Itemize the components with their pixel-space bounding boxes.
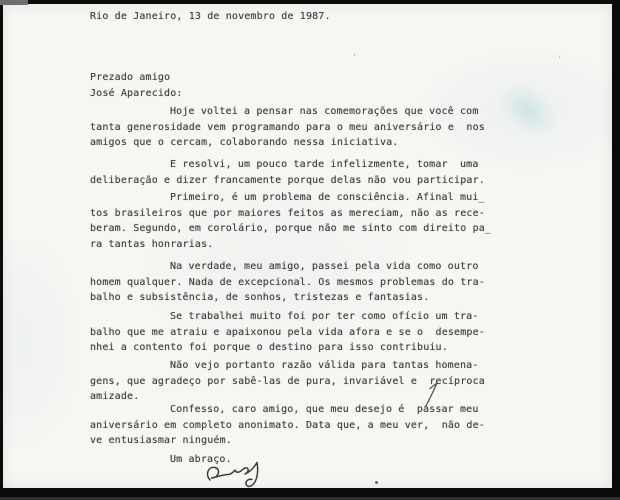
letter-line: Hoje voltei a pensar nas comemorações qu…: [90, 104, 500, 120]
letter-line: balho que me atraiu e apaixonou pela vid…: [90, 325, 500, 341]
handwritten-signature-icon: [200, 461, 274, 493]
letter-line: deliberação e dizer francamente porque d…: [90, 173, 500, 189]
letter-line: nhei a contento foi porque o destino par…: [90, 340, 500, 356]
ink-tick: ': [557, 55, 562, 65]
letter-paragraph: E resolvi, um pouco tarde infelizmente, …: [90, 157, 500, 188]
letter-line: tos brasileiros que por maiores feitos a…: [90, 206, 500, 222]
letter-line: ra tantas honrarias.: [90, 237, 500, 253]
ink-dot: [375, 481, 378, 484]
letter-paragraph: Se trabalhei muito foi por ter como ofíc…: [90, 309, 500, 356]
letter-line: aniversário em completo anonimato. Data …: [90, 418, 500, 434]
pen-arrow-mark-icon: [423, 381, 443, 407]
letter-line: Na verdade, meu amigo, passei pela vida …: [90, 259, 500, 275]
letter-line: Não vejo portanto razão válida para tant…: [90, 358, 500, 374]
letter-line: Se trabalhei muito foi por ter como ofíc…: [90, 309, 500, 325]
letter-line: homem qualquer. Nada de excepcional. Os …: [90, 275, 500, 291]
ink-tick: ': [352, 53, 357, 63]
letter-paragraph: Primeiro, é um problema de consciência. …: [90, 190, 500, 252]
letter-body: Rio de Janeiro, 13 de novembro de 1987. …: [0, 0, 620, 500]
letter-line: E resolvi, um pouco tarde infelizmente, …: [90, 157, 500, 173]
letter-greeting: Prezado amigo José Aparecido:: [90, 70, 183, 102]
letter-paragraph: Confesso, caro amigo, que meu desejo é p…: [90, 402, 500, 449]
letter-date: Rio de Janeiro, 13 de novembro de 1987.: [90, 9, 331, 25]
letter-paragraph: Hoje voltei a pensar nas comemorações qu…: [90, 104, 500, 151]
letter-line: tanta generosidade vem programando para …: [90, 120, 500, 136]
letter-line: Primeiro, é um problema de consciência. …: [90, 190, 500, 206]
greeting-line: José Aparecido:: [90, 86, 183, 102]
letter-line: balho e subsistência, de sonhos, tristez…: [90, 290, 500, 306]
letter-paragraph: Na verdade, meu amigo, passei pela vida …: [90, 259, 500, 306]
letter-line: beram. Segundo, em corolário, porque não…: [90, 221, 500, 237]
letter-line: amigos que o cercam, colaborando nessa i…: [90, 135, 500, 151]
greeting-line: Prezado amigo: [90, 70, 183, 86]
letter-line: ve entusiasmar ninguém.: [90, 433, 500, 449]
